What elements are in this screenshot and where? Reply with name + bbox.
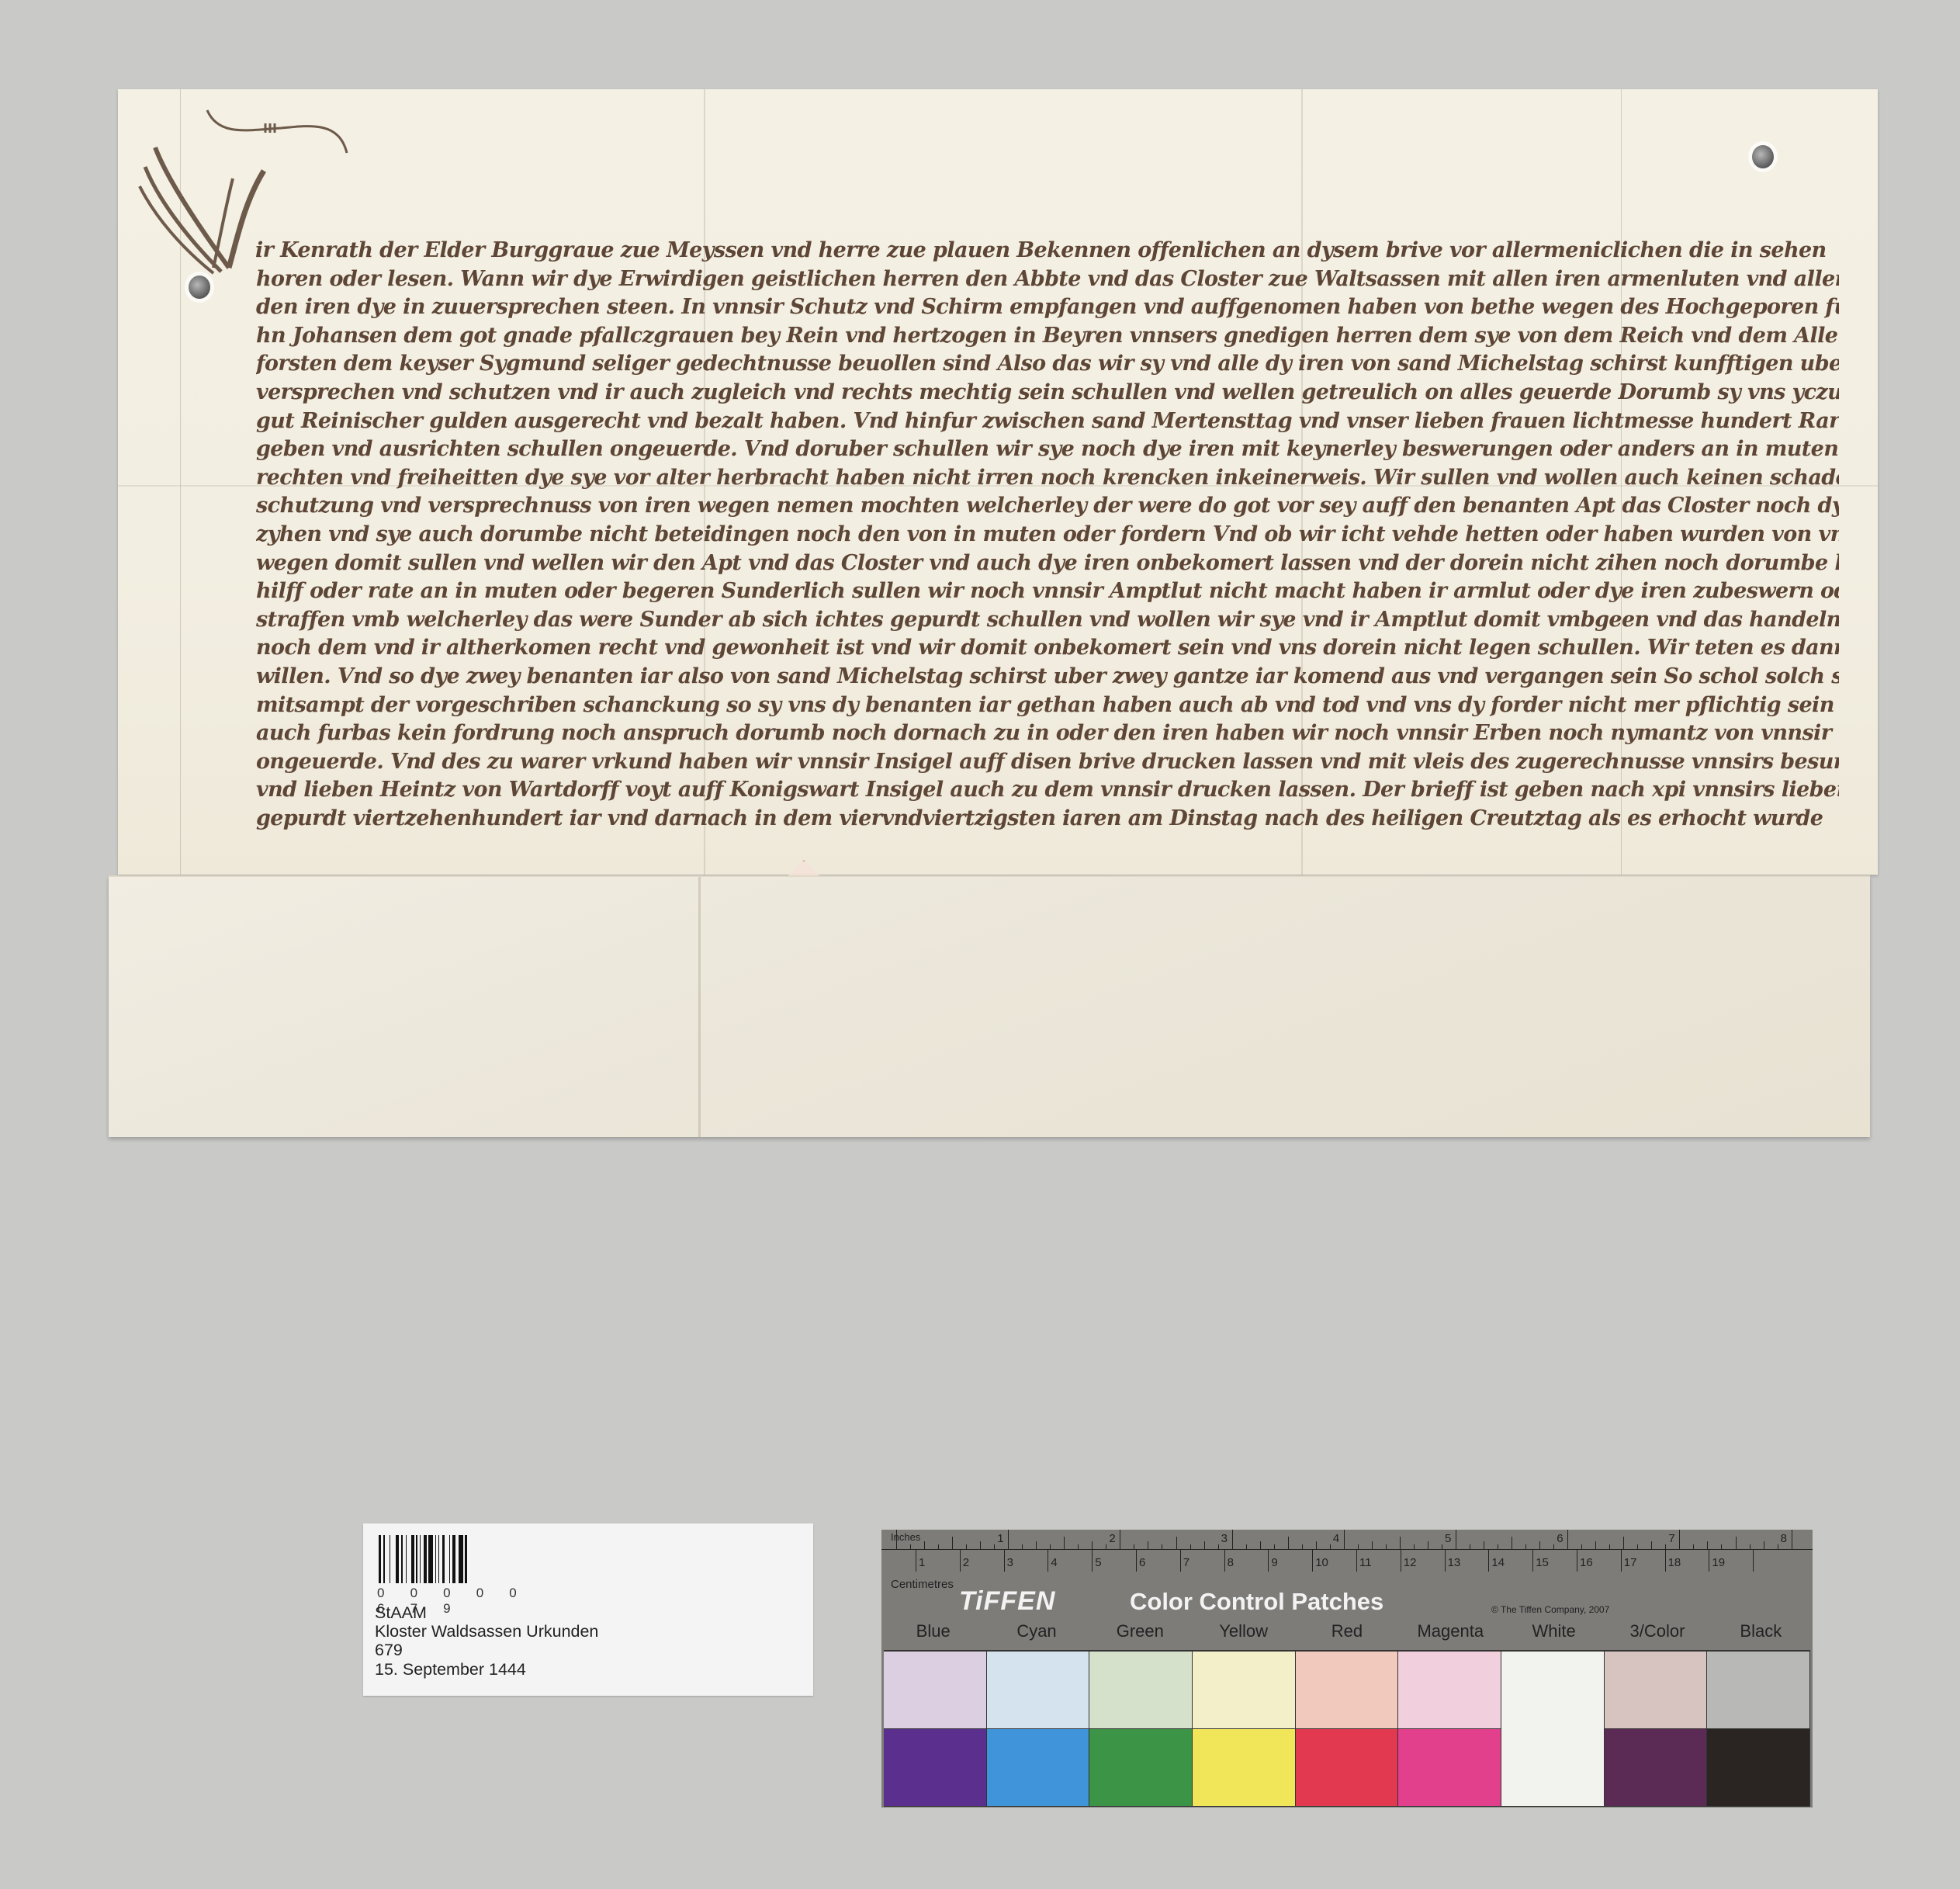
inch-tick xyxy=(1386,1544,1387,1549)
manuscript-line: auch furbas kein fordrung noch anspruch … xyxy=(256,719,1839,748)
inch-tick xyxy=(1176,1537,1177,1549)
manuscript-line: straffen vmb welcherley das were Sunder … xyxy=(256,606,1839,635)
inch-tick xyxy=(1609,1544,1610,1549)
cm-tick xyxy=(1488,1550,1489,1572)
inch-tick xyxy=(1442,1544,1442,1549)
cm-tick xyxy=(1004,1550,1005,1572)
inch-tick xyxy=(1260,1541,1261,1549)
patch-green-light xyxy=(1089,1652,1193,1729)
patch-yellow-light xyxy=(1193,1652,1296,1729)
centimetres-label: Centimetres xyxy=(891,1578,954,1591)
patch-red-dark xyxy=(1296,1729,1399,1807)
inch-tick xyxy=(980,1541,981,1549)
patch-green-dark xyxy=(1089,1729,1193,1807)
barcode-icon xyxy=(379,1535,545,1583)
inch-tick-label: 1 xyxy=(997,1532,1003,1545)
patch-black-light xyxy=(1707,1652,1810,1729)
inch-tick xyxy=(1218,1544,1219,1549)
manuscript-line: forsten dem keyser Sygmund seliger gedec… xyxy=(256,350,1839,379)
patch-black-dark xyxy=(1707,1729,1810,1807)
cm-tick-label: 18 xyxy=(1668,1556,1681,1569)
inch-tick xyxy=(1204,1541,1205,1549)
inch-tick xyxy=(1484,1541,1484,1549)
inch-tick xyxy=(1008,1530,1009,1549)
inch-tick xyxy=(1372,1541,1373,1549)
plica-fold xyxy=(109,875,1870,1137)
color-control-chart: Inches 123456781234567891011121314151617… xyxy=(881,1530,1813,1808)
manuscript-line: hn Johansen dem got gnade pfallczgrauen … xyxy=(256,322,1839,351)
cm-tick xyxy=(1753,1550,1754,1572)
patch-cyan-dark xyxy=(987,1729,1090,1807)
cm-tick-label: 13 xyxy=(1448,1556,1461,1569)
document-number: 679 xyxy=(375,1641,598,1659)
cm-tick-label: 16 xyxy=(1580,1556,1593,1569)
patch-cyan-light xyxy=(987,1652,1090,1729)
cm-tick-label: 12 xyxy=(1404,1556,1417,1569)
inch-tick xyxy=(1274,1544,1275,1549)
patch-red-light xyxy=(1296,1652,1399,1729)
fold-crease xyxy=(698,877,701,1137)
cm-tick xyxy=(1445,1550,1446,1572)
inch-tick xyxy=(1036,1541,1037,1549)
inch-tick xyxy=(1498,1544,1498,1549)
cm-tick xyxy=(916,1550,916,1572)
inch-tick xyxy=(938,1544,939,1549)
inch-tick xyxy=(1414,1544,1415,1549)
inch-tick xyxy=(1316,1541,1317,1549)
cm-tick xyxy=(1401,1550,1401,1572)
manuscript-line: gut Reinischer gulden ausgerecht vnd bez… xyxy=(256,407,1839,436)
cm-tick xyxy=(1092,1550,1093,1572)
manuscript-line: hilff oder rate an in muten oder begeren… xyxy=(256,577,1839,606)
inch-tick-label: 7 xyxy=(1668,1532,1674,1545)
manuscript-line: den iren dye in zuuersprechen steen. In … xyxy=(256,293,1839,322)
inch-tick-label: 2 xyxy=(1109,1532,1115,1545)
patch-blue-light xyxy=(884,1652,987,1729)
inch-tick-label: 6 xyxy=(1557,1532,1563,1545)
cm-tick-label: 1 xyxy=(919,1556,925,1569)
mounting-pin-icon xyxy=(1752,145,1774,168)
cm-tick-label: 2 xyxy=(963,1556,969,1569)
cm-tick xyxy=(1356,1550,1357,1572)
inch-tick xyxy=(1665,1544,1666,1549)
inch-tick xyxy=(1736,1537,1737,1549)
chart-title: Color Control Patches xyxy=(1130,1588,1383,1616)
manuscript-line: geben vnd ausrichten schullen ongeuerde.… xyxy=(256,435,1839,464)
cm-tick xyxy=(1136,1550,1137,1572)
inch-tick xyxy=(1512,1537,1512,1549)
manuscript-line: rechten vnd freiheitten dye sye vor alte… xyxy=(256,464,1839,493)
ruler-axis xyxy=(881,1549,1813,1550)
copyright-text: © The Tiffen Company, 2007 xyxy=(1491,1604,1609,1615)
patch-label-black: Black xyxy=(1709,1621,1813,1645)
inch-tick xyxy=(896,1530,897,1549)
inch-tick xyxy=(1778,1544,1778,1549)
manuscript-line: versprechen vnd schutzen vnd ir auch zug… xyxy=(256,379,1839,407)
cm-tick xyxy=(1621,1550,1622,1572)
manuscript-line: willen. Vnd so dye zwey benanten iar als… xyxy=(256,663,1839,691)
ruler: Inches 123456781234567891011121314151617… xyxy=(881,1530,1813,1575)
patch-label-white: White xyxy=(1502,1621,1605,1645)
patch-label-green: Green xyxy=(1089,1621,1192,1645)
patch-magenta-dark xyxy=(1398,1729,1501,1807)
cm-tick-label: 10 xyxy=(1315,1556,1328,1569)
patch-label-yellow: Yellow xyxy=(1192,1621,1295,1645)
manuscript-line: ir Kenrath der Elder Burggraue zue Meyss… xyxy=(255,237,1839,265)
inch-tick xyxy=(1050,1544,1051,1549)
cm-tick-label: 5 xyxy=(1095,1556,1101,1569)
patch-label-blue: Blue xyxy=(881,1621,985,1645)
patch-3-color-dark xyxy=(1605,1729,1708,1807)
patch-white-light xyxy=(1501,1652,1605,1807)
inch-tick xyxy=(1456,1530,1456,1549)
cm-tick xyxy=(1048,1550,1048,1572)
patch-magenta-light xyxy=(1398,1652,1501,1729)
inch-tick xyxy=(1344,1530,1345,1549)
cm-tick-label: 3 xyxy=(1007,1556,1013,1569)
cm-tick xyxy=(1224,1550,1225,1572)
inch-tick xyxy=(1288,1537,1289,1549)
inch-tick xyxy=(1470,1544,1470,1549)
inch-tick xyxy=(1637,1544,1638,1549)
inch-tick xyxy=(1428,1541,1428,1549)
inch-tick xyxy=(1358,1544,1359,1549)
inch-tick-label: 5 xyxy=(1445,1532,1451,1545)
inch-tick xyxy=(1162,1544,1162,1549)
cm-tick xyxy=(960,1550,961,1572)
cm-tick xyxy=(1665,1550,1666,1572)
inch-tick xyxy=(1302,1544,1303,1549)
inch-tick xyxy=(1651,1541,1652,1549)
document-date: 15. September 1444 xyxy=(375,1660,598,1679)
charter-text: ir Kenrath der Elder Burggraue zue Meyss… xyxy=(256,237,1839,833)
cm-tick-label: 19 xyxy=(1712,1556,1725,1569)
manuscript-line: mitsampt der vorgeschriben schanckung so… xyxy=(256,691,1839,720)
archive-label: 0 0 0 0 0 6 7 9 StAAM Kloster Waldsassen… xyxy=(363,1523,813,1696)
inch-tick xyxy=(1064,1537,1065,1549)
cm-tick xyxy=(1312,1550,1313,1572)
inch-tick xyxy=(952,1537,953,1549)
inch-tick xyxy=(966,1544,967,1549)
inch-tick xyxy=(1693,1544,1694,1549)
inch-tick xyxy=(1106,1544,1106,1549)
patch-yellow-dark xyxy=(1193,1729,1296,1807)
inch-tick xyxy=(910,1544,911,1549)
inch-tick xyxy=(1330,1544,1331,1549)
inch-tick xyxy=(1092,1541,1093,1549)
inch-tick xyxy=(1400,1537,1401,1549)
manuscript-line: vnd lieben Heintz von Wartdorff voyt auf… xyxy=(256,776,1839,805)
cm-tick-label: 6 xyxy=(1139,1556,1145,1569)
inch-tick-label: 3 xyxy=(1221,1532,1228,1545)
inch-tick xyxy=(1581,1544,1582,1549)
patch-label-3-color: 3/Color xyxy=(1605,1621,1709,1645)
patch-3-color-light xyxy=(1605,1652,1708,1729)
decorated-initial-w-icon xyxy=(136,124,275,279)
tiffen-logo: TiFFEN xyxy=(959,1586,1055,1617)
inch-tick xyxy=(1792,1530,1792,1549)
inch-tick xyxy=(1190,1544,1191,1549)
inch-tick xyxy=(1246,1544,1247,1549)
inch-tick-label: 4 xyxy=(1333,1532,1339,1545)
cm-tick-label: 17 xyxy=(1624,1556,1637,1569)
manuscript-line: zyhen vnd sye auch dorumbe nicht beteidi… xyxy=(256,521,1839,549)
cm-tick xyxy=(1577,1550,1577,1572)
inch-tick xyxy=(1721,1544,1722,1549)
inch-tick xyxy=(1539,1541,1540,1549)
cm-tick xyxy=(1268,1550,1269,1572)
patch-label-magenta: Magenta xyxy=(1399,1621,1502,1645)
cm-tick-label: 11 xyxy=(1359,1556,1372,1569)
manuscript-line: ongeuerde. Vnd des zu warer vrkund haben… xyxy=(256,748,1839,777)
manuscript-line: gepurdt viertzehenhundert iar vnd darnac… xyxy=(256,805,1839,834)
patch-label-cyan: Cyan xyxy=(985,1621,1088,1645)
cm-tick-label: 9 xyxy=(1271,1556,1277,1569)
inch-tick xyxy=(1120,1530,1120,1549)
cm-tick xyxy=(1709,1550,1709,1572)
manuscript-line: noch dem vnd ir altherkomen recht vnd ge… xyxy=(256,634,1839,663)
patch-labels: BlueCyanGreenYellowRedMagentaWhite3/Colo… xyxy=(881,1621,1813,1645)
color-patches xyxy=(884,1650,1810,1807)
archive-name: StAAM xyxy=(375,1603,598,1622)
manuscript-line: horen oder lesen. Wann wir dye Erwirdige… xyxy=(256,265,1839,294)
manuscript-line: schutzung vnd versprechnuss von iren weg… xyxy=(256,492,1839,521)
inch-tick xyxy=(1022,1544,1023,1549)
cm-tick xyxy=(1532,1550,1533,1572)
inch-tick xyxy=(1623,1537,1624,1549)
inch-tick xyxy=(1567,1530,1568,1549)
inch-tick xyxy=(1553,1544,1554,1549)
inch-tick xyxy=(1078,1544,1079,1549)
inch-tick xyxy=(1232,1530,1233,1549)
inch-tick xyxy=(1707,1541,1708,1549)
patch-blue-dark xyxy=(884,1729,987,1807)
inch-tick xyxy=(1750,1544,1750,1549)
cm-tick-label: 8 xyxy=(1228,1556,1234,1569)
inch-tick xyxy=(1764,1541,1764,1549)
cm-tick-label: 14 xyxy=(1491,1556,1505,1569)
collection-name: Kloster Waldsassen Urkunden xyxy=(375,1622,598,1641)
inch-tick xyxy=(924,1541,925,1549)
inch-tick xyxy=(994,1544,995,1549)
inches-label: Inches xyxy=(891,1531,920,1543)
inch-tick xyxy=(1525,1544,1526,1549)
cm-tick xyxy=(1180,1550,1181,1572)
inch-tick xyxy=(1679,1530,1680,1549)
cm-tick-label: 7 xyxy=(1183,1556,1190,1569)
inch-tick-label: 8 xyxy=(1781,1532,1787,1545)
cm-tick-label: 15 xyxy=(1536,1556,1549,1569)
inch-tick xyxy=(1148,1541,1148,1549)
patch-label-red: Red xyxy=(1295,1621,1398,1645)
manuscript-line: wegen domit sullen vnd wellen wir den Ap… xyxy=(256,549,1839,578)
cm-tick-label: 4 xyxy=(1051,1556,1057,1569)
inch-tick xyxy=(1134,1544,1134,1549)
inch-tick xyxy=(1595,1541,1596,1549)
